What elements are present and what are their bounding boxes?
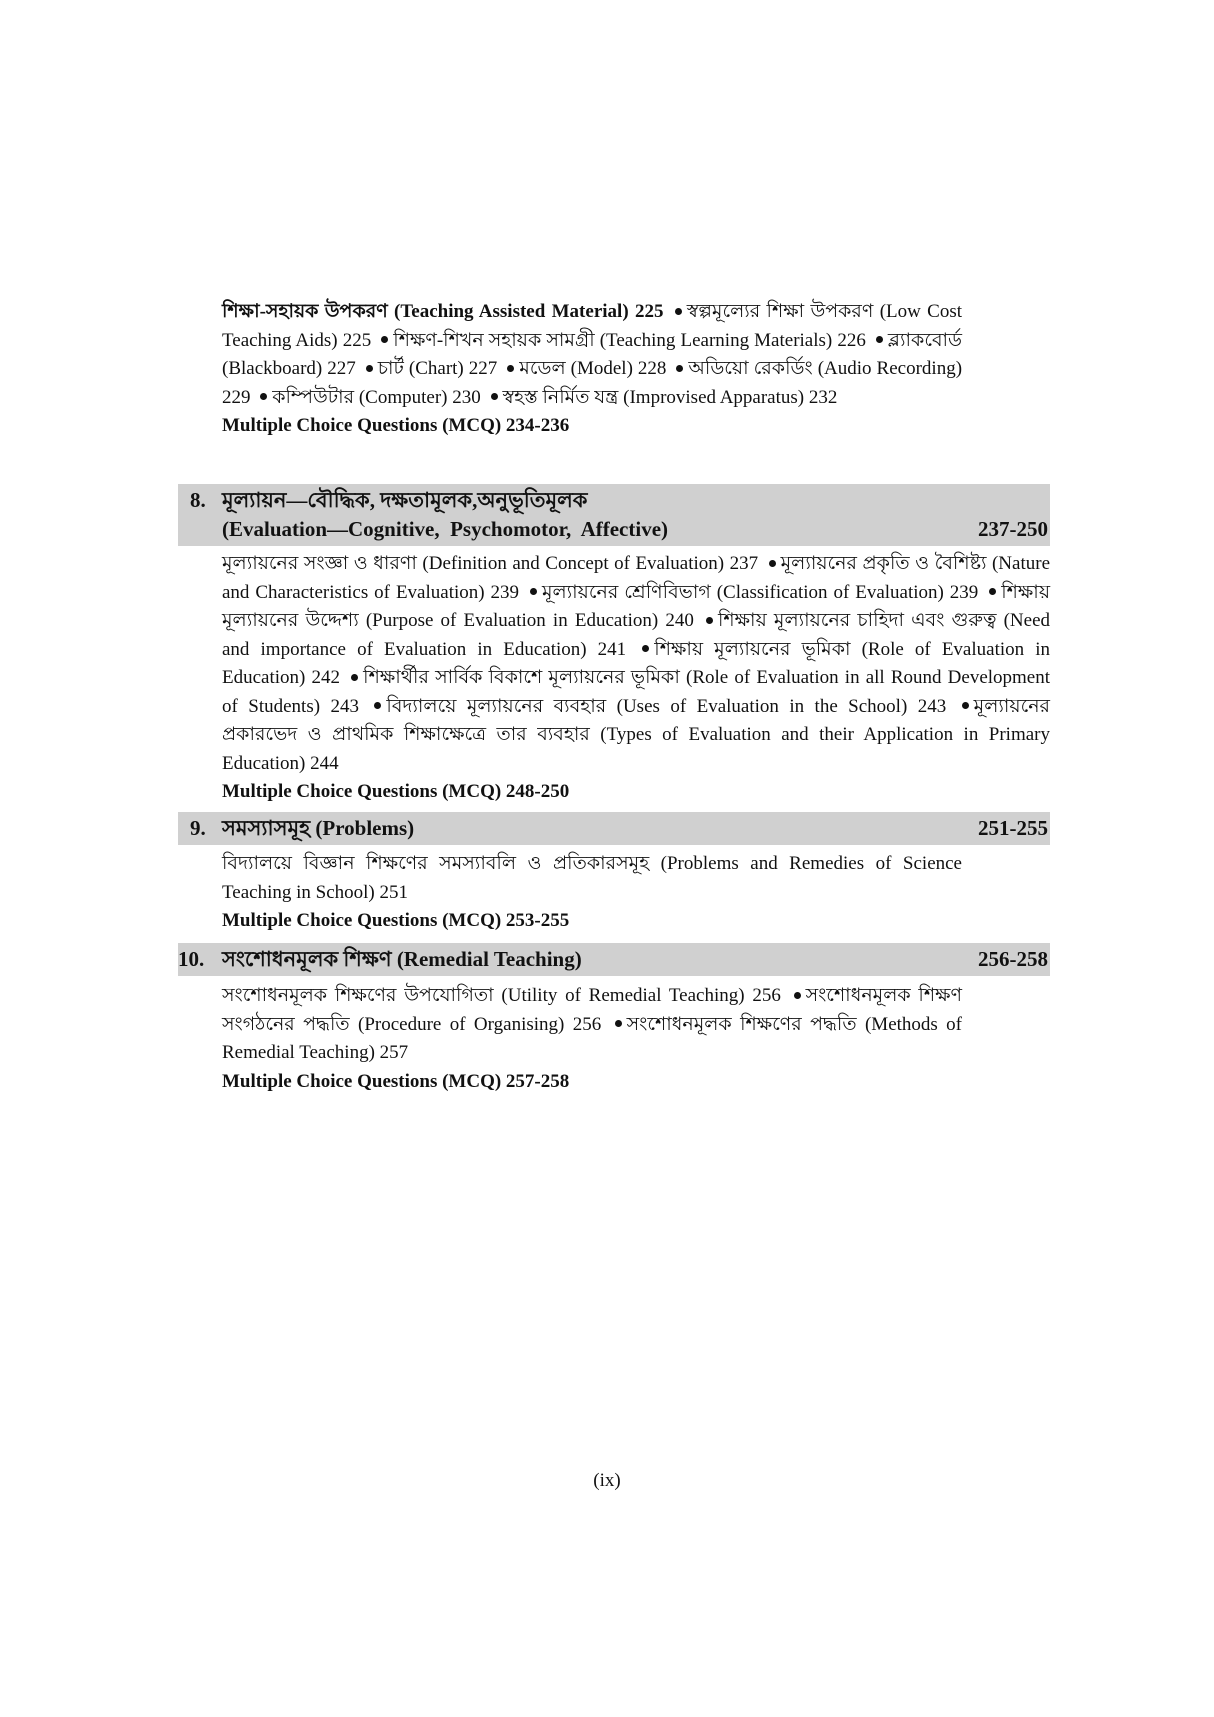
toc-entry: মূল্যায়নের সংজ্ঞা ও ধারণা (Definition a… [222, 553, 758, 574]
mcq-line: Multiple Choice Questions (MCQ) 234-236 [222, 412, 962, 441]
toc-entry: কম্পিউটার (Computer) 230 [272, 387, 481, 408]
chapter-title-en: (Evaluation—Cognitive, Psychomotor, Affe… [190, 515, 668, 544]
bullet-icon [769, 560, 776, 567]
bullet-icon [381, 336, 388, 343]
toc-entry: চার্ট (Chart) 227 [378, 358, 498, 379]
bullet-icon [706, 617, 713, 624]
bullet-icon [876, 336, 883, 343]
bullet-icon [962, 702, 969, 709]
mcq-line: Multiple Choice Questions (MCQ) 253-255 [222, 907, 962, 936]
chapter-8-entries: মূল্যায়নের সংজ্ঞা ও ধারণা (Definition a… [222, 550, 1050, 807]
bullet-icon [491, 393, 498, 400]
bullet-icon [794, 992, 801, 999]
toc-entry: স্বহস্ত নির্মিত যন্ত্র (Improvised Appar… [503, 387, 838, 408]
mcq-line: Multiple Choice Questions (MCQ) 248-250 [222, 778, 1050, 807]
chapter-title: সংশোধনমূলক শিক্ষণ (Remedial Teaching) [222, 947, 582, 971]
bullet-icon [507, 365, 514, 372]
chapter-9-header: 9.সমস্যাসমূহ (Problems) 251-255 [178, 812, 1050, 845]
chapter-9-entries: বিদ্যালয়ে বিজ্ঞান শিক্ষণের সমস্যাবলি ও … [222, 850, 962, 936]
chapter-page-range: 251-255 [978, 814, 1050, 843]
chapter-page-range: 237-250 [978, 515, 1050, 544]
bullet-icon [676, 365, 683, 372]
bullet-icon [366, 365, 373, 372]
bullet-icon [530, 588, 537, 595]
bullet-icon [989, 588, 996, 595]
toc-entry: মডেল (Model) 228 [519, 358, 666, 379]
chapter-title-bn: মূল্যায়ন—বৌদ্ধিক, দক্ষতামূলক,অনুভূতিমূল… [222, 486, 588, 515]
chapter-number: 10. [178, 945, 222, 974]
toc-entry: সংশোধনমূলক শিক্ষণের উপযোগিতা (Utility of… [222, 985, 781, 1006]
page-number: (ix) [0, 1470, 1214, 1492]
toc-entry: শিক্ষণ-শিখন সহায়ক সামগ্রী (Teaching Lea… [393, 330, 866, 351]
toc-entry: বিদ্যালয়ে মূল্যায়নের ব্যবহার (Uses of … [386, 696, 946, 717]
bullet-icon [260, 393, 267, 400]
chapter-number: 8. [190, 486, 222, 515]
bullet-icon [374, 702, 381, 709]
toc-entry: মূল্যায়নের শ্রেণিবিভাগ (Classification … [542, 582, 978, 603]
chapter-title: সমস্যাসমূহ (Problems) [222, 816, 414, 840]
bullet-icon [675, 308, 682, 315]
toc-entry: বিদ্যালয়ে বিজ্ঞান শিক্ষণের সমস্যাবলি ও … [222, 853, 962, 903]
chapter-number: 9. [190, 814, 222, 843]
chapter-8-header: 8. মূল্যায়ন—বৌদ্ধিক, দক্ষতামূলক,অনুভূতি… [178, 484, 1050, 546]
bullet-icon [642, 645, 649, 652]
chapter-10-entries: সংশোধনমূলক শিক্ষণের উপযোগিতা (Utility of… [222, 982, 962, 1096]
chapter-10-header: 10.সংশোধনমূলক শিক্ষণ (Remedial Teaching)… [178, 943, 1050, 976]
bullet-icon [615, 1020, 622, 1027]
bullet-icon [351, 674, 358, 681]
mcq-line: Multiple Choice Questions (MCQ) 257-258 [222, 1068, 962, 1097]
chapter-page-range: 256-258 [978, 945, 1050, 974]
entry-teaching-assisted-material: শিক্ষা-সহায়ক উপকরণ (Teaching Assisted M… [222, 301, 663, 322]
section-7-entries: শিক্ষা-সহায়ক উপকরণ (Teaching Assisted M… [222, 298, 962, 441]
